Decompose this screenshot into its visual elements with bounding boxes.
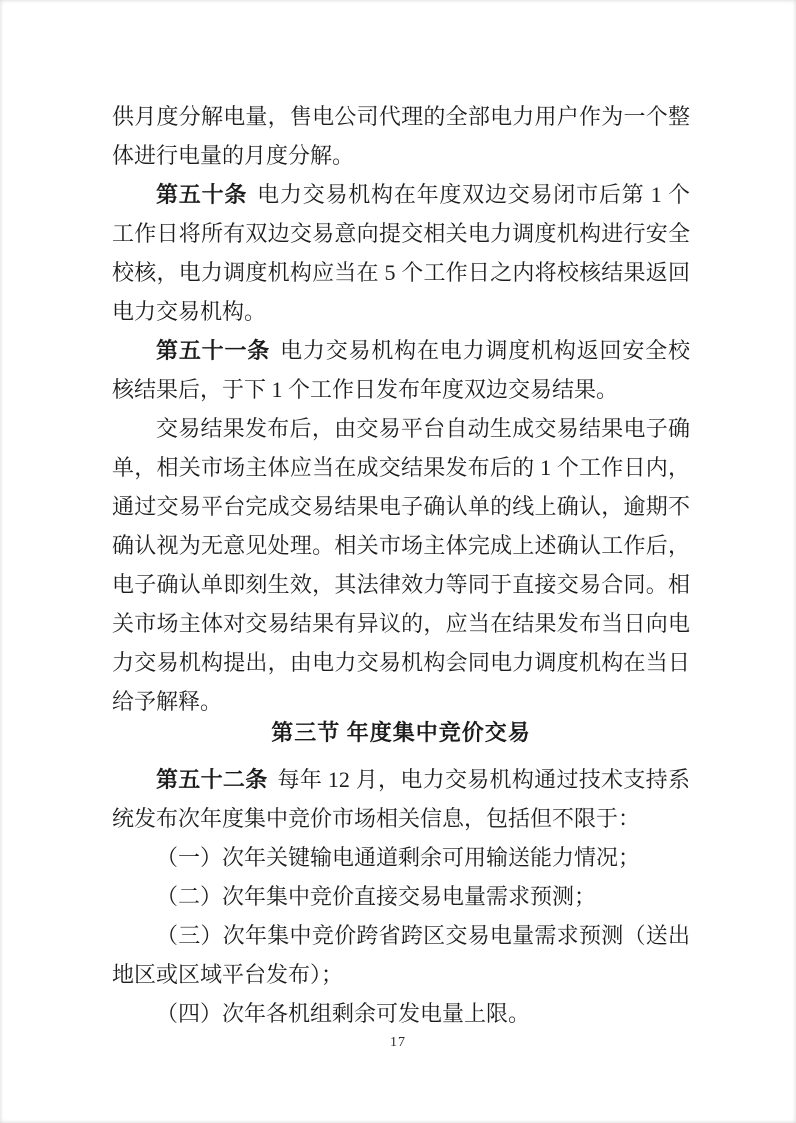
line-text: 每年 12 月，电力交易机构通过技术支持系 — [278, 767, 690, 792]
article-number: 第五十二条 — [156, 767, 268, 792]
text-line: 地区或区域平台发布）； — [112, 955, 690, 994]
text-line: 关市场主体对交易结果有异议的，应当在结果发布当日向电 — [112, 604, 690, 643]
text-line: 第五十条电力交易机构在年度双边交易闭市后第 1 个 — [112, 175, 690, 214]
page-number: 17 — [0, 1035, 796, 1051]
text-line: 统发布次年度集中竞价市场相关信息，包括但不限于： — [112, 799, 690, 838]
text-line: 交易结果发布后，由交易平台自动生成交易结果电子确认 — [112, 409, 690, 448]
line-text: 电力交易机构在电力调度机构返回安全校 — [280, 338, 690, 363]
text-line: 校核，电力调度机构应当在 5 个工作日之内将校核结果返回 — [112, 253, 690, 292]
text-line: 第五十一条电力交易机构在电力调度机构返回安全校 — [112, 331, 690, 370]
text-line: （三）次年集中竞价跨省跨区交易电量需求预测（送出 — [112, 916, 690, 955]
text-line: 力交易机构提出，由电力交易机构会同电力调度机构在当日 — [112, 643, 690, 682]
text-line: 体进行电量的月度分解。 — [112, 136, 690, 175]
text-line: 核结果后，于下 1 个工作日发布年度双边交易结果。 — [112, 370, 690, 409]
article-number: 第五十一条 — [156, 338, 270, 363]
text-line: 供月度分解电量，售电公司代理的全部电力用户作为一个整 — [112, 97, 690, 136]
text-line: 确认视为无意见处理。相关市场主体完成上述确认工作后， — [112, 526, 690, 565]
text-line: 第五十二条每年 12 月，电力交易机构通过技术支持系 — [112, 760, 690, 799]
document-page: 供月度分解电量，售电公司代理的全部电力用户作为一个整体进行电量的月度分解。第五十… — [0, 0, 796, 1123]
line-text: 电力交易机构在年度双边交易闭市后第 1 个 — [257, 182, 690, 207]
text-line: 单，相关市场主体应当在成交结果发布后的 1 个工作日内， — [112, 448, 690, 487]
text-line: 工作日将所有双边交易意向提交相关电力调度机构进行安全 — [112, 214, 690, 253]
text-line: 电力交易机构。 — [112, 292, 690, 331]
text-line: （一）次年关键输电通道剩余可用输送能力情况； — [112, 838, 690, 877]
text-line: 电子确认单即刻生效，其法律效力等同于直接交易合同。相 — [112, 565, 690, 604]
text-line: （二）次年集中竞价直接交易电量需求预测； — [112, 877, 690, 916]
article-number: 第五十条 — [156, 182, 247, 207]
text-line: （四）次年各机组剩余可发电量上限。 — [112, 994, 690, 1033]
document-body: 供月度分解电量，售电公司代理的全部电力用户作为一个整体进行电量的月度分解。第五十… — [112, 97, 690, 1033]
text-line: 通过交易平台完成交易结果电子确认单的线上确认，逾期不 — [112, 487, 690, 526]
